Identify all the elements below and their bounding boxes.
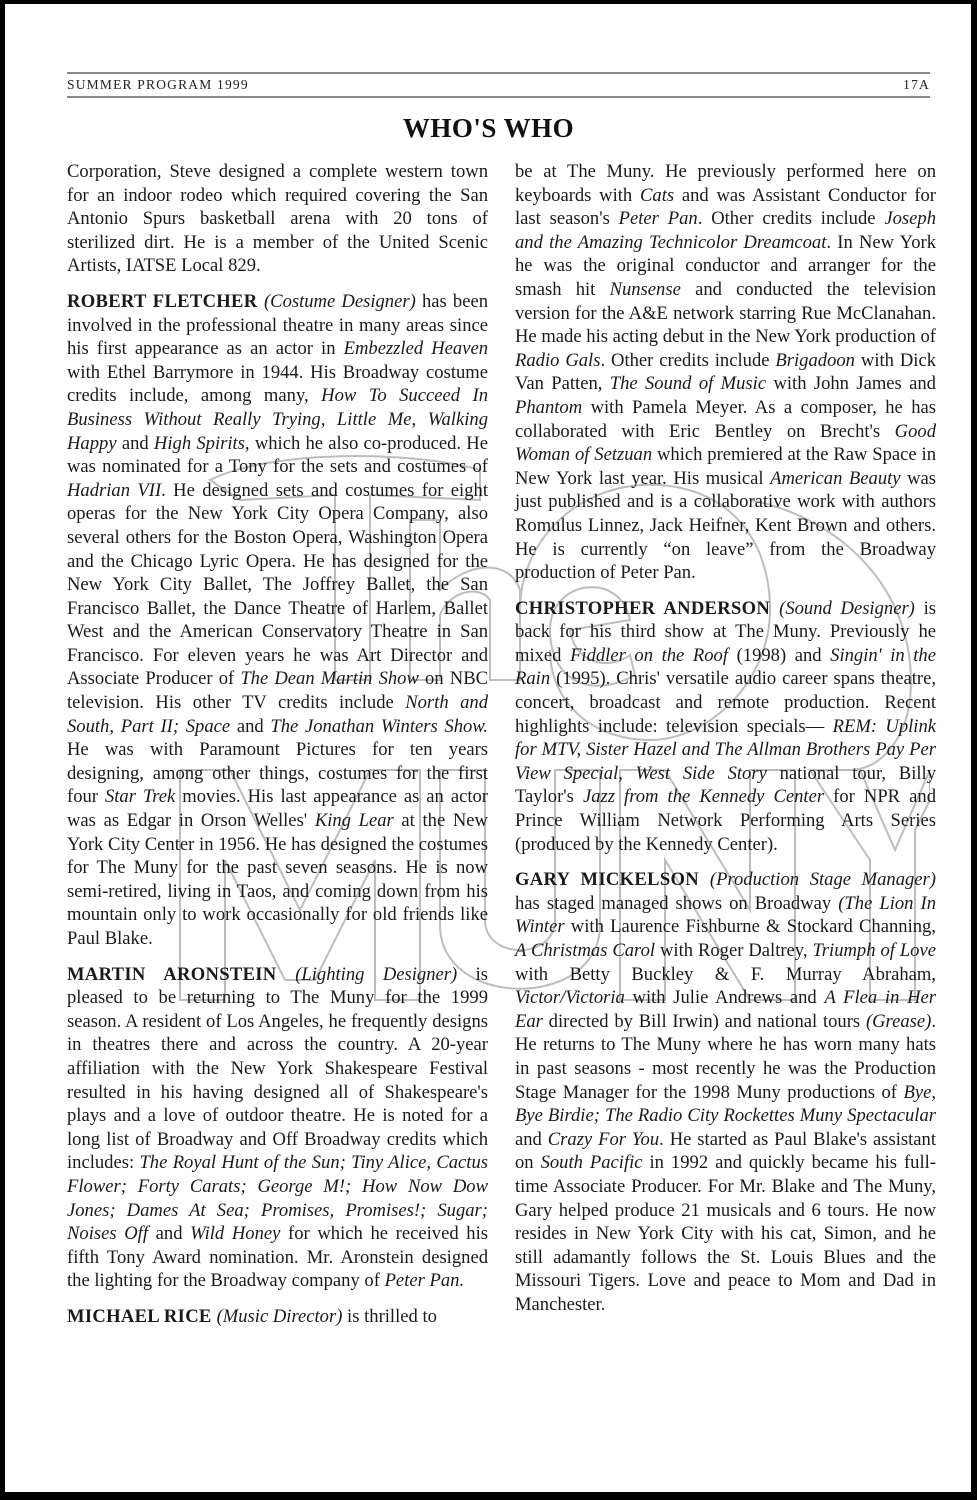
italic-title: Victor/Victoria [515, 987, 625, 1008]
italic-title: A Christmas Carol [515, 940, 655, 961]
bio-martin-aronstein: MARTIN ARONSTEIN (Lighting Designer) is … [67, 963, 488, 1293]
italic-title: The Jonathan Winters Show. [270, 716, 488, 737]
bio-name: CHRISTOPHER ANDERSON [515, 598, 779, 619]
bio-christopher-anderson: CHRISTOPHER ANDERSON (Sound Designer) is… [515, 597, 936, 857]
right-column: be at The Muny. He previously performed … [515, 160, 936, 1329]
bio-name: MICHAEL RICE [67, 1306, 217, 1327]
italic-title: (Grease) [866, 1011, 931, 1032]
italic-title: Jazz from the Kennedy Center [583, 786, 824, 807]
bio-body: be at The Muny. He previously performed … [515, 161, 936, 583]
italic-title: Hadrian VII [67, 480, 161, 501]
left-column: Corporation, Steve designed a complete w… [67, 160, 488, 1341]
paragraph-text: Corporation, Steve designed a complete w… [67, 161, 488, 276]
bio-body: has staged managed shows on Broadway (Th… [515, 893, 936, 1315]
publication-label: SUMMER PROGRAM 1999 [67, 77, 249, 93]
bio-role: (Sound Designer) [779, 598, 915, 619]
italic-title: Embezzled Heaven [344, 338, 488, 359]
bio-name: GARY MICKELSON [515, 869, 710, 890]
bio-body: has been involved in the professional th… [67, 291, 488, 949]
italic-title: The Dean Martin Show [240, 668, 419, 689]
running-header: SUMMER PROGRAM 1999 17A [67, 72, 930, 98]
bio-role: (Costume Designer) [264, 291, 416, 312]
italic-title: Joseph and the Amazing Technicolor Dream… [515, 208, 936, 253]
italic-title: Peter Pan. [385, 1270, 465, 1291]
italic-title: Fiddler on the Roof [570, 645, 728, 666]
bio-gary-mickelson: GARY MICKELSON (Production Stage Manager… [515, 868, 936, 1316]
italic-title: High Spirits, [154, 433, 250, 454]
italic-title: How To Succeed In Business Without Reall… [67, 385, 488, 453]
italic-title: Brigadoon [775, 350, 855, 371]
bio-name: MARTIN ARONSTEIN [67, 964, 295, 985]
italic-title: King Lear [315, 810, 394, 831]
bio-body: is pleased to be returning to The Muny f… [67, 964, 488, 1292]
page-title: WHO'S WHO [0, 113, 977, 144]
italic-title: Peter Pan [619, 208, 698, 229]
continued-paragraph: Corporation, Steve designed a complete w… [67, 160, 488, 278]
italic-title: Good Woman of Setzuan [515, 421, 936, 466]
bio-role: (Production Stage Manager) [710, 869, 936, 890]
italic-title: Wild Honey [190, 1223, 280, 1244]
italic-title: Star Trek [105, 786, 175, 807]
bio-michael-rice: MICHAEL RICE (Music Director) is thrille… [67, 1305, 488, 1329]
italic-title: REM: Uplink for MTV, Sister Hazel and Th… [515, 716, 936, 784]
bio-role: (Lighting Designer) [295, 964, 457, 985]
page-number: 17A [903, 77, 930, 93]
italic-title: The Sound of Music [610, 373, 766, 394]
italic-title: Crazy For You [548, 1129, 659, 1150]
bio-body: is thrilled to [342, 1306, 437, 1327]
italic-title: (The Lion In Winter [515, 893, 936, 938]
bio-body: is back for his third show at The Muny. … [515, 598, 936, 855]
italic-title: South Pacific [541, 1152, 643, 1173]
italic-title: Phantom [515, 397, 582, 418]
bio-michael-rice-continued: be at The Muny. He previously performed … [515, 160, 936, 585]
italic-title: Triumph of Love [812, 940, 936, 961]
italic-title: Bye, Bye Birdie; The Radio City Rockette… [515, 1082, 936, 1127]
italic-title: Radio Gals [515, 350, 600, 371]
bio-name: ROBERT FLETCHER [67, 291, 264, 312]
bio-role: (Music Director) [217, 1306, 343, 1327]
italic-title: Nunsense [610, 279, 681, 300]
italic-title: American Beauty [770, 468, 900, 489]
bio-robert-fletcher: ROBERT FLETCHER (Costume Designer) has b… [67, 290, 488, 951]
italic-title: Cats [640, 185, 674, 206]
